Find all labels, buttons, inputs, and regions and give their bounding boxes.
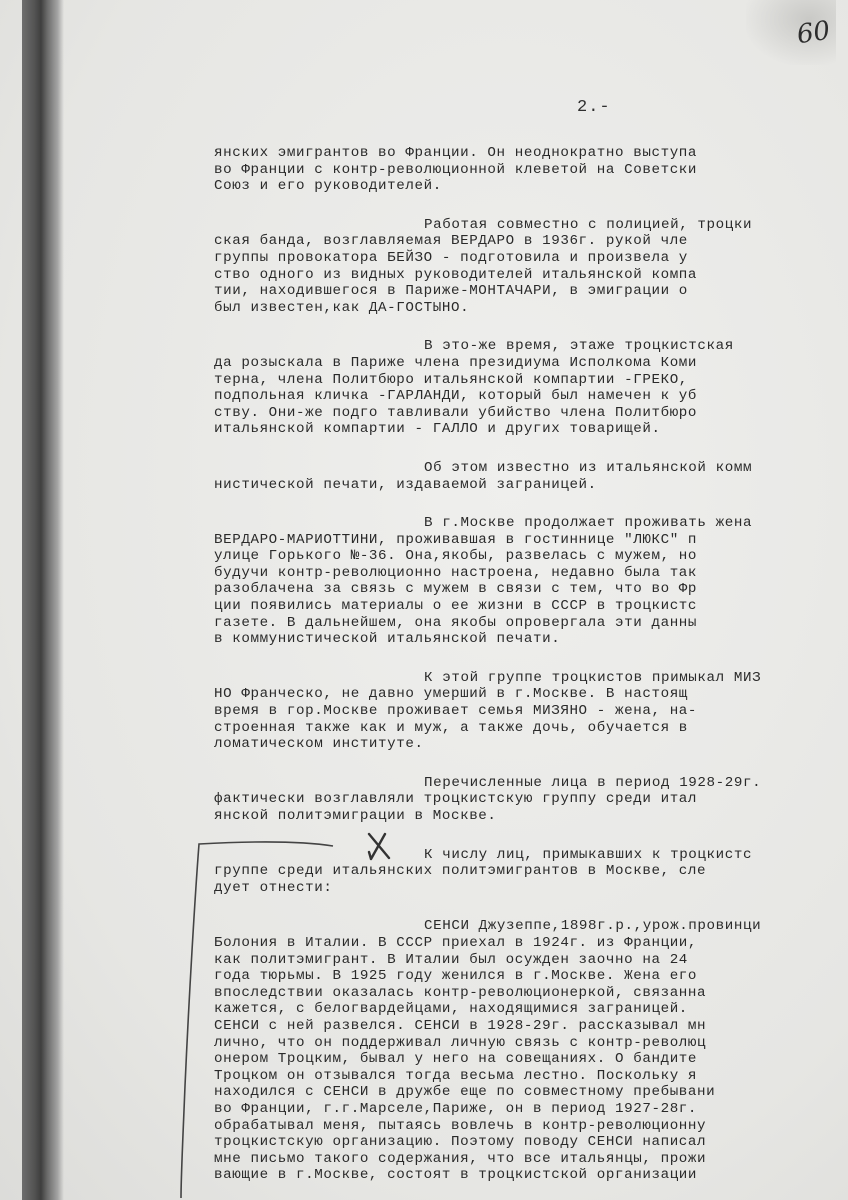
text-line: мне письмо такого содержания, что все ит…	[214, 1151, 848, 1168]
text-line: онером Троцким, бывал у него на совещани…	[214, 1051, 848, 1068]
text-line: время в гор.Москве проживает семья МИЗЯН…	[214, 703, 848, 720]
paragraph-gap	[214, 438, 848, 460]
text-line: Об этом известно из итальянской комм	[214, 460, 848, 477]
text-line: будучи контр-революционно настроена, нед…	[214, 565, 848, 582]
text-line: подпольная кличка -ГАРЛАНДИ, который был…	[214, 388, 848, 405]
text-line: обрабатывал меня, пытаясь вовлечь в конт…	[214, 1118, 848, 1135]
text-line: К этой группе троцкистов примыкал МИЗ	[214, 670, 848, 687]
text-line: группы провокатора БЕЙЗО - подготовила и…	[214, 250, 848, 267]
text-line: во Франции, г.г.Марселе,Париже, он в пер…	[214, 1101, 848, 1118]
text-line: ВЕРДАРО-МАРИОТТИНИ, проживавшая в гостин…	[214, 532, 848, 549]
paragraph: СЕНСИ Джузеппе,1898г.р.,урож.провинциБол…	[214, 918, 848, 1184]
text-line: ству. Они-же подго тавливали убийство чл…	[214, 405, 848, 422]
text-line: дует отнести:	[214, 880, 848, 897]
document-page: 60 2.- янских эмигрантов во Франции. Он …	[0, 0, 848, 1200]
paragraph: В г.Москве продолжает проживать женаВЕРД…	[214, 515, 848, 648]
text-line: итальянской компартии - ГАЛЛО и других т…	[214, 421, 848, 438]
text-line: Болония в Италии. В СССР приехал в 1924г…	[214, 935, 848, 952]
text-line: ломатическом институте.	[214, 736, 848, 753]
text-line: В г.Москве продолжает проживать жена	[214, 515, 848, 532]
paragraph: В это-же время, этаже троцкистскаяда роз…	[214, 338, 848, 438]
text-line: СЕНСИ с ней развелся. СЕНСИ в 1928-29г. …	[214, 1018, 848, 1035]
handwritten-folio-number: 60	[795, 16, 832, 50]
text-line: фактически возглавляли троцкистскую груп…	[214, 791, 848, 808]
text-line: да розыскала в Париже члена президиума И…	[214, 355, 848, 372]
text-line: СЕНСИ Джузеппе,1898г.р.,урож.провинци	[214, 918, 848, 935]
text-line: Троцком он отзывался тогда весьма лестно…	[214, 1068, 848, 1085]
paragraph: К этой группе троцкистов примыкал МИЗНО …	[214, 670, 848, 753]
text-line: лично, что он поддерживал личную связь с…	[214, 1035, 848, 1052]
text-line: В это-же время, этаже троцкистская	[214, 338, 848, 355]
text-line: троцкистскую организацию. Поэтому поводу…	[214, 1134, 848, 1151]
document-body: янских эмигрантов во Франции. Он неоднок…	[214, 145, 848, 1184]
text-line: тии, находившегося в Париже-МОНТАЧАРИ, в…	[214, 283, 848, 300]
text-line: янской политэмиграции в Москве.	[214, 808, 848, 825]
text-line: группе среди итальянских политэмигрантов…	[214, 863, 848, 880]
paragraph: Об этом известно из итальянской коммнист…	[214, 460, 848, 493]
text-line: НО Франческо, не давно умерший в г.Москв…	[214, 686, 848, 703]
paragraph-gap	[214, 316, 848, 338]
text-line: в коммунистической итальянской печати.	[214, 631, 848, 648]
paragraph: Перечисленные лица в период 1928-29г.фак…	[214, 775, 848, 825]
text-line: впоследствии оказалаcь контр-революционе…	[214, 985, 848, 1002]
text-line: Работая совместно с полицией, троцки	[214, 217, 848, 234]
paragraph: янских эмигрантов во Франции. Он неоднок…	[214, 145, 848, 195]
binding-edge-shadow	[22, 0, 64, 1200]
text-line: был известен,как ДА-ГОСТЫНО.	[214, 300, 848, 317]
text-line: Союз и его руководителей.	[214, 178, 848, 195]
paragraph: К числу лиц, примыкавших к троцкистсгруп…	[214, 847, 848, 897]
paragraph-gap	[214, 648, 848, 670]
text-line: находился с СЕНСИ в дружбе еще по совмес…	[214, 1084, 848, 1101]
text-line: К числу лиц, примыкавших к троцкистс	[214, 847, 848, 864]
text-line: как политэмигрант. В Италии был осужден …	[214, 952, 848, 969]
text-line: кажется, с белогвардейцами, находящимися…	[214, 1001, 848, 1018]
text-line: ская банда, возглавляемая ВЕРДАРО в 1936…	[214, 233, 848, 250]
text-line: газете. В дальнейшем, она якобы опроверг…	[214, 615, 848, 632]
text-line: янских эмигрантов во Франции. Он неоднок…	[214, 145, 848, 162]
paragraph: Работая совместно с полицией, троцкиская…	[214, 217, 848, 317]
text-line: ции появились материалы о ее жизни в ССС…	[214, 598, 848, 615]
text-line: ство одного из видных руководителей итал…	[214, 267, 848, 284]
paragraph-gap	[214, 195, 848, 217]
text-line: вающие в г.Москве, состоят в троцкистско…	[214, 1167, 848, 1184]
paragraph-gap	[214, 896, 848, 918]
page-number: 2.-	[577, 98, 611, 117]
paragraph-gap	[214, 825, 848, 847]
text-line: нистической печати, издаваемой загранице…	[214, 477, 848, 494]
text-line: терна, члена Политбюро итальянской компа…	[214, 372, 848, 389]
text-line: во Франции с контр-революционной клевето…	[214, 162, 848, 179]
text-line: Перечисленные лица в период 1928-29г.	[214, 775, 848, 792]
text-line: разоблачена за связь с мужем в связи с т…	[214, 581, 848, 598]
paragraph-gap	[214, 753, 848, 775]
text-line: строенная также как и муж, а также дочь,…	[214, 720, 848, 737]
text-line: улице Горького №-36. Она,якобы, развелас…	[214, 548, 848, 565]
text-line: года тюрьмы. В 1925 году женился в г.Мос…	[214, 968, 848, 985]
paragraph-gap	[214, 493, 848, 515]
